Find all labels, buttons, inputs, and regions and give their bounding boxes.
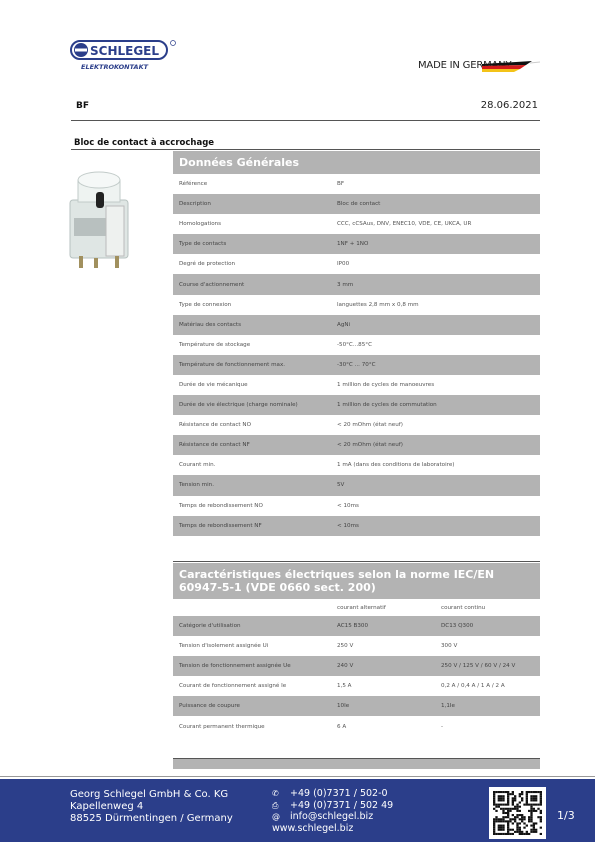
document-date: 28.06.2021 <box>481 100 538 111</box>
general-data-table: Données Générales RéférenceBFDescription… <box>173 151 540 536</box>
svg-text:SCHLEGEL: SCHLEGEL <box>90 44 159 58</box>
table-row: Matériau des contactsAgNi <box>173 315 540 335</box>
row-value-dc: 300 V <box>441 643 540 649</box>
footer: Georg Schlegel GmbH & Co. KG Kapellenweg… <box>0 779 595 842</box>
row-value: -30°C ... 70°C <box>337 362 540 368</box>
fax-number: +49 (0)7371 / 502 49 <box>290 800 393 811</box>
row-value: AgNi <box>337 322 540 328</box>
table-row: Type de connexionlanguettes 2,8 mm x 0,8… <box>173 295 540 315</box>
column-ac: courant alternatif <box>337 605 441 611</box>
electrical-data-table: Caractéristiques électriques selon la no… <box>173 563 540 737</box>
row-value: 3 mm <box>337 282 540 288</box>
row-value: Bloc de contact <box>337 201 540 207</box>
company-city: 88525 Dürmentingen / Germany <box>70 813 233 825</box>
row-label: Courant de fonctionnement assigné Ie <box>173 683 337 689</box>
row-value-ac: 10Ie <box>337 703 441 709</box>
table-row: DescriptionBloc de contact <box>173 194 540 214</box>
table-row: Tension d'isolement assignée Ui250 V300 … <box>173 636 540 656</box>
table-row: RéférenceBF <box>173 174 540 194</box>
row-label: Courant permanent thermique <box>173 724 337 730</box>
row-value: 5V <box>337 482 540 488</box>
section-title-general: Données Générales <box>173 151 540 174</box>
company-street: Kapellenweg 4 <box>70 801 233 813</box>
row-label: Tension d'isolement assignée Ui <box>173 643 337 649</box>
row-value: 1 million de cycles de manoeuvres <box>337 382 540 388</box>
table-row: Tension de fonctionnement assignée Ue240… <box>173 656 540 676</box>
row-value: < 10ms <box>337 503 540 509</box>
row-value: BF <box>337 181 540 187</box>
table-row: Courant de fonctionnement assigné Ie1,5 … <box>173 676 540 696</box>
company-name: Georg Schlegel GmbH & Co. KG <box>70 789 233 801</box>
email-link[interactable]: info@schlegel.biz <box>290 811 373 822</box>
divider <box>71 149 540 150</box>
product-image <box>66 166 132 276</box>
table-row: Type de contacts1NF + 1NO <box>173 234 540 254</box>
row-label: Matériau des contacts <box>173 322 337 328</box>
row-label: Résistance de contact NF <box>173 442 337 448</box>
product-code: BF <box>76 101 89 111</box>
divider <box>71 120 540 121</box>
table-row: Résistance de contact NF< 20 mOhm (état … <box>173 435 540 455</box>
product-subtitle: Bloc de contact à accrochage <box>74 138 214 148</box>
row-label: Degré de protection <box>173 261 337 267</box>
row-value-dc: 250 V / 125 V / 60 V / 24 V <box>441 663 540 669</box>
schlegel-logo: SCHLEGEL ELEKTROKONTAKT <box>70 40 180 72</box>
row-label: Catégorie d'utilisation <box>173 623 337 629</box>
row-value: < 20 mOhm (état neuf) <box>337 422 540 428</box>
table-row: Puissance de coupure10Ie1,1Ie <box>173 696 540 716</box>
table-row: Temps de rebondissement NO< 10ms <box>173 496 540 516</box>
table-row: Température de fonctionnement max.-30°C … <box>173 355 540 375</box>
row-value-dc: 1,1Ie <box>441 703 540 709</box>
row-label: Tension de fonctionnement assignée Ue <box>173 663 337 669</box>
row-value: 1NF + 1NO <box>337 241 540 247</box>
row-value-dc: - <box>441 724 540 730</box>
row-value: 1 mA (dans des conditions de laboratoire… <box>337 462 540 468</box>
row-label: Temps de rebondissement NF <box>173 523 337 529</box>
row-label: Tension min. <box>173 482 337 488</box>
row-label: Homologations <box>173 221 337 227</box>
phone-number[interactable]: +49 (0)7371 / 502-0 <box>290 788 388 799</box>
row-label: Résistance de contact NO <box>173 422 337 428</box>
divider <box>0 776 595 777</box>
table-row: Température de stockage-50°C...85°C <box>173 335 540 355</box>
phone-icon: ✆ <box>272 788 290 800</box>
row-value-ac: 240 V <box>337 663 441 669</box>
row-value: < 20 mOhm (état neuf) <box>337 442 540 448</box>
svg-text:ELEKTROKONTAKT: ELEKTROKONTAKT <box>81 63 149 71</box>
table-row: Temps de rebondissement NF< 10ms <box>173 516 540 536</box>
row-value: languettes 2,8 mm x 0,8 mm <box>337 302 540 308</box>
row-label: Puissance de coupure <box>173 703 337 709</box>
section-title-electrical: Caractéristiques électriques selon la no… <box>173 563 540 599</box>
table-row: Courant min.1 mA (dans des conditions de… <box>173 455 540 475</box>
row-label: Temps de rebondissement NO <box>173 503 337 509</box>
table-row: Courant permanent thermique6 A- <box>173 716 540 736</box>
table-row: Degré de protectionIP00 <box>173 254 540 274</box>
row-label: Température de fonctionnement max. <box>173 362 337 368</box>
table-row: Durée de vie mécanique1 million de cycle… <box>173 375 540 395</box>
row-value: IP00 <box>337 261 540 267</box>
table-row: Catégorie d'utilisationAC15 B300DC13 Q30… <box>173 616 540 636</box>
row-value: < 10ms <box>337 523 540 529</box>
section-bar <box>173 759 540 769</box>
row-label: Référence <box>173 181 337 187</box>
at-icon: @ <box>272 811 290 823</box>
row-value-ac: 1,5 A <box>337 683 441 689</box>
row-value: -50°C...85°C <box>337 342 540 348</box>
column-dc: courant continu <box>441 605 485 611</box>
german-flag-swoosh-icon <box>480 60 542 73</box>
row-value: 1 million de cycles de commutation <box>337 402 540 408</box>
page-number: 1/3 <box>557 809 575 822</box>
table-row: HomologationsCCC, cCSAus, DNV, ENEC10, V… <box>173 214 540 234</box>
made-in-germany: MADE IN GERMANY <box>418 60 511 71</box>
contact-info: ✆+49 (0)7371 / 502-0 ⎙+49 (0)7371 / 502 … <box>272 788 393 834</box>
row-value-dc: 0,2 A / 0,4 A / 1 A / 2 A <box>441 683 540 689</box>
row-value-ac: AC15 B300 <box>337 623 441 629</box>
row-label: Course d'actionnement <box>173 282 337 288</box>
row-value: CCC, cCSAus, DNV, ENEC10, VDE, CE, UKCA,… <box>337 221 540 227</box>
row-label: Température de stockage <box>173 342 337 348</box>
divider <box>173 561 540 562</box>
row-value-ac: 6 A <box>337 724 441 730</box>
row-label: Type de connexion <box>173 302 337 308</box>
table-row: Course d'actionnement3 mm <box>173 274 540 294</box>
fax-icon: ⎙ <box>272 800 290 812</box>
table-row: Résistance de contact NO< 20 mOhm (état … <box>173 415 540 435</box>
row-label: Courant min. <box>173 462 337 468</box>
table-row: Durée de vie électrique (charge nominale… <box>173 395 540 415</box>
row-label: Durée de vie mécanique <box>173 382 337 388</box>
table-row: Tension min.5V <box>173 475 540 495</box>
company-address: Georg Schlegel GmbH & Co. KG Kapellenweg… <box>70 789 233 825</box>
row-label: Description <box>173 201 337 207</box>
row-label: Type de contacts <box>173 241 337 247</box>
row-value-ac: 250 V <box>337 643 441 649</box>
row-label: Durée de vie électrique (charge nominale… <box>173 402 337 408</box>
website-link[interactable]: www.schlegel.biz <box>272 823 353 834</box>
qr-code <box>489 787 546 839</box>
row-value-dc: DC13 Q300 <box>441 623 540 629</box>
column-headers: courant alternatif courant continu <box>173 599 540 616</box>
